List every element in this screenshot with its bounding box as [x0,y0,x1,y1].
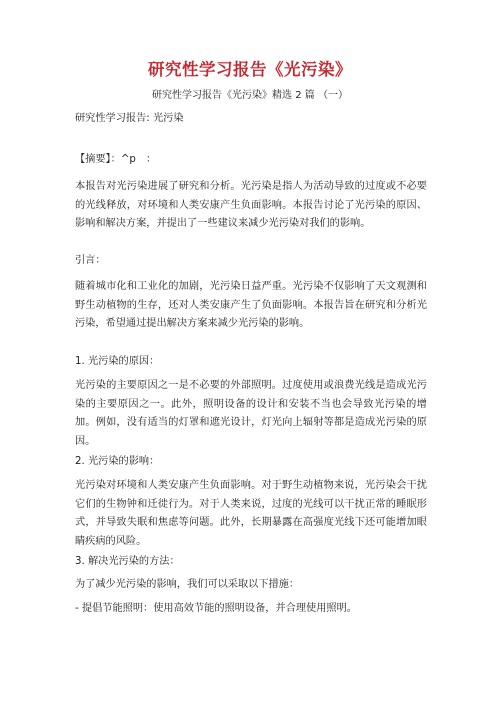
intro-body: 随着城市化和工业化的加剧，光污染日益严重。光污染不仅影响了天文观测和野生动植物的… [75,278,427,334]
section-1-body: 光污染的主要原因之一是不必要的外部照明。过度使用或浪费光线是造成光污染的主要原因… [75,377,427,451]
section-2-body: 光污染对环境和人类安康产生负面影响。对于野生动植物来说，光污染会干扰它们的生物钟… [75,477,427,551]
section-2-heading: 2. 光污染的影响： [75,455,159,469]
section-3-bullet: - 提倡节能照明：使用高效节能的照明设备，并合理使用照明。 [75,602,357,616]
document-subtitle: 研究性学习报告《光污染》精选 2 篇 （一） [0,89,500,103]
section-3-body: 为了减少光污染的影响，我们可以采取以下措施： [75,578,299,592]
abstract-label: 【摘要】：^p ： [75,153,156,167]
section-1-heading: 1. 光污染的原因： [75,355,159,369]
report-heading: 研究性学习报告: 光污染 [75,112,184,126]
document-page: 研究性学习报告《光污染》 研究性学习报告《光污染》精选 2 篇 （一） 研究性学… [0,0,500,707]
section-3-heading: 3. 解决光污染的方法： [75,555,180,569]
intro-label: 引言： [75,254,106,268]
abstract-body: 本报告对光污染进展了研究和分析。光污染是指人为活动导致的过度或不必要的光线释放，… [75,178,427,234]
document-title: 研究性学习报告《光污染》 [0,59,500,81]
